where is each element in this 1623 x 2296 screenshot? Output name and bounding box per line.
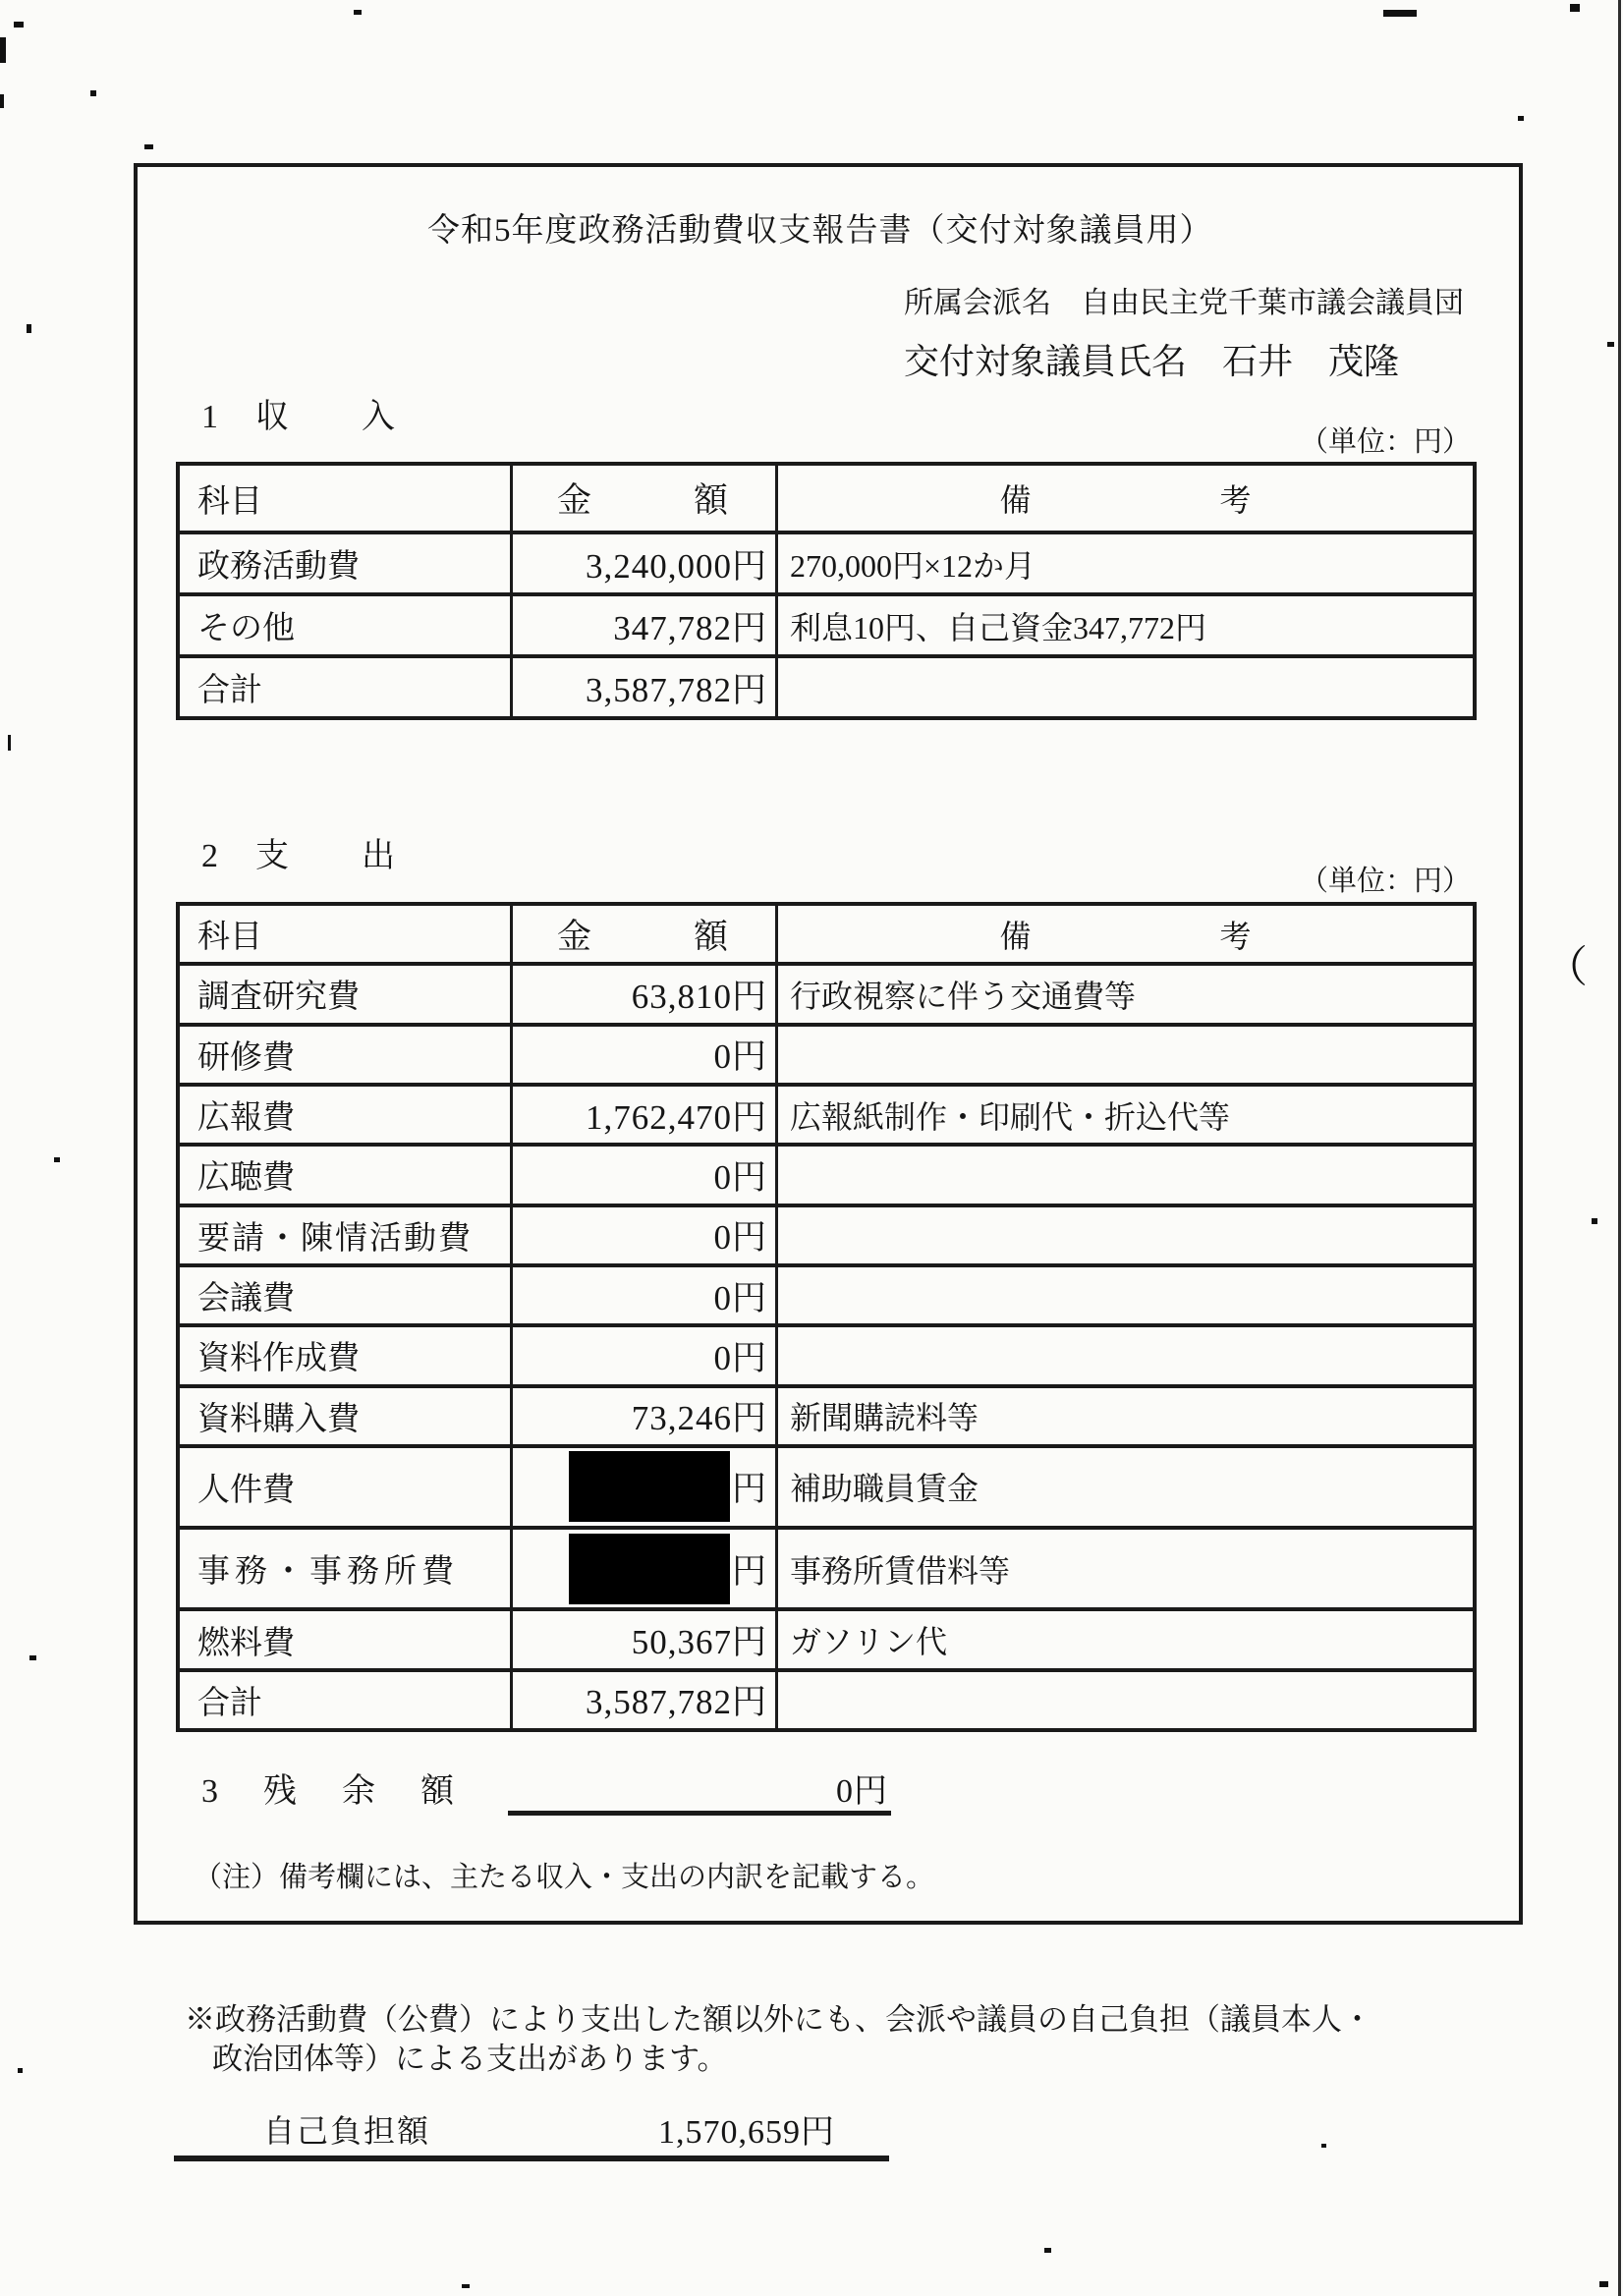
self-burden-label: 自己負担額	[263, 2106, 430, 2152]
expense-row: 広報費 1,762,470円 広報紙制作・印刷代・折込代等	[180, 1083, 1473, 1143]
amount-cell-redacted: 円	[513, 1448, 778, 1526]
income-table: 科目 金額 備 考 政務活動費 3,240,000円 270,000円×12か月…	[176, 462, 1477, 720]
remarks-cell: 補助職員賃金	[778, 1448, 1473, 1526]
amount-cell: 1,762,470円	[513, 1087, 778, 1143]
amount-cell: 3,240,000円	[513, 534, 778, 592]
remarks-cell: 事務所賃借料等	[778, 1530, 1473, 1607]
item-cell: 広聴費	[180, 1147, 513, 1203]
item-cell: 会議費	[180, 1267, 513, 1323]
noise-speck	[14, 22, 24, 28]
item-cell: 資料購入費	[180, 1388, 513, 1444]
item-cell: 要請・陳情活動費	[180, 1207, 513, 1263]
income-row: 政務活動費 3,240,000円 270,000円×12か月	[180, 531, 1473, 592]
noise-speck	[8, 735, 11, 751]
remarks-cell: ガソリン代	[778, 1611, 1473, 1667]
expense-row: 燃料費 50,367円 ガソリン代	[180, 1607, 1473, 1667]
item-cell: 広報費	[180, 1087, 513, 1143]
item-cell: 研修費	[180, 1027, 513, 1083]
amount-cell: 347,782円	[513, 596, 778, 654]
column-header-item: 科目	[180, 906, 513, 962]
remarks-cell: 行政視察に伴う交通費等	[778, 966, 1473, 1022]
income-unit-label: （単位：円）	[1300, 420, 1471, 460]
expense-row: 資料作成費 0円	[180, 1323, 1473, 1383]
amount-cell: 0円	[513, 1327, 778, 1383]
remarks-cell	[778, 1327, 1473, 1383]
income-total-row: 合計 3,587,782円	[180, 654, 1473, 716]
noise-speck	[54, 1157, 60, 1162]
expense-row: 研修費 0円	[180, 1023, 1473, 1083]
item-cell: 事務・事務所費	[180, 1530, 513, 1607]
self-burden-underline	[174, 2156, 889, 2161]
column-header-amount: 金額	[513, 466, 778, 531]
remarks-cell: 新聞購読料等	[778, 1388, 1473, 1444]
amount-cell: 0円	[513, 1267, 778, 1323]
report-title: 令和5年度政務活動費収支報告書（交付対象議員用）	[427, 204, 1213, 251]
balance-underline	[508, 1811, 891, 1816]
expense-row: 会議費 0円	[180, 1263, 1473, 1323]
balance-section-heading: 3 残 余 額	[201, 1764, 460, 1812]
amount-cell: 50,367円	[513, 1611, 778, 1667]
noise-speck	[27, 324, 31, 333]
remarks-cell: 利息10円、自己資金347,772円	[778, 596, 1473, 654]
income-header-row: 科目 金額 備 考	[180, 466, 1473, 531]
noise-speck	[1570, 4, 1580, 12]
expense-total-row: 合計 3,587,782円	[180, 1668, 1473, 1728]
noise-speck	[1592, 1218, 1597, 1224]
expense-row: 資料購入費 73,246円 新聞購読料等	[180, 1384, 1473, 1444]
remarks-cell: 広報紙制作・印刷代・折込代等	[778, 1087, 1473, 1143]
noise-speck	[1383, 10, 1417, 17]
noise-speck	[18, 2068, 23, 2073]
column-header-amount: 金額	[513, 906, 778, 962]
item-cell: その他	[180, 596, 513, 654]
remarks-note: （注）備考欄には、主たる収入・支出の内訳を記載する。	[194, 1855, 934, 1895]
yen-suffix: 円	[732, 1462, 767, 1511]
expense-row: 調査研究費 63,810円 行政視察に伴う交通費等	[180, 962, 1473, 1022]
noise-speck	[90, 90, 96, 96]
item-cell: 資料作成費	[180, 1327, 513, 1383]
income-row: その他 347,782円 利息10円、自己資金347,772円	[180, 592, 1473, 654]
yen-suffix: 円	[732, 1544, 767, 1594]
noise-speck	[1607, 342, 1614, 347]
noise-speck	[462, 2284, 470, 2288]
noise-speck	[144, 144, 153, 149]
item-cell: 政務活動費	[180, 534, 513, 592]
member-name-line: 交付対象議員氏名 石井 茂隆	[904, 334, 1399, 384]
remarks-cell	[778, 1267, 1473, 1323]
amount-cell: 3,587,782円	[513, 1672, 778, 1728]
amount-cell: 63,810円	[513, 966, 778, 1022]
redaction-box	[569, 1451, 730, 1522]
income-section-heading: 1 収 入	[201, 389, 397, 437]
noise-speck	[1599, 2281, 1608, 2287]
expense-table: 科目 金額 備 考 調査研究費 63,810円 行政視察に伴う交通費等 研修費 …	[176, 902, 1477, 1732]
amount-cell: 0円	[513, 1147, 778, 1203]
item-cell: 合計	[180, 1672, 513, 1728]
faction-name-line: 所属会派名 自由民主党千葉市議会議員団	[904, 278, 1464, 321]
redaction-box	[569, 1534, 730, 1604]
scan-artifact-paren: （	[1544, 931, 1588, 994]
remarks-cell: 270,000円×12か月	[778, 534, 1473, 592]
column-header-remarks: 備 考	[778, 466, 1473, 531]
remarks-cell	[778, 1207, 1473, 1263]
noise-speck	[0, 37, 6, 63]
expense-row: 広聴費 0円	[180, 1143, 1473, 1203]
expense-section-heading: 2 支 出	[201, 828, 397, 876]
item-cell: 人件費	[180, 1448, 513, 1526]
scan-edge-line	[1618, 0, 1621, 2296]
self-burden-amount: 1,570,659円	[550, 2104, 835, 2153]
remarks-cell	[778, 1027, 1473, 1083]
footnote-line-2: 政治団体等）による支出があります。	[212, 2034, 728, 2078]
amount-cell-redacted: 円	[513, 1530, 778, 1607]
remarks-cell	[778, 1672, 1473, 1728]
noise-speck	[354, 10, 362, 15]
amount-cell: 0円	[513, 1207, 778, 1263]
item-cell: 合計	[180, 658, 513, 716]
remarks-cell	[778, 1147, 1473, 1203]
expense-row: 要請・陳情活動費 0円	[180, 1204, 1473, 1263]
remarks-cell	[778, 658, 1473, 716]
column-header-item: 科目	[180, 466, 513, 531]
amount-cell: 73,246円	[513, 1388, 778, 1444]
noise-speck	[1518, 116, 1524, 121]
scanned-document-page: { "document": { "title": "令和5年度政務活動費収支報告…	[0, 0, 1623, 2296]
expense-row-redacted: 人件費 円 補助職員賃金	[180, 1444, 1473, 1526]
amount-cell: 0円	[513, 1027, 778, 1083]
column-header-remarks: 備 考	[778, 906, 1473, 962]
expense-unit-label: （単位：円）	[1300, 859, 1471, 899]
noise-speck	[29, 1655, 36, 1660]
item-cell: 燃料費	[180, 1611, 513, 1667]
balance-amount: 0円	[766, 1764, 888, 1812]
footnote-line-1: ※政務活動費（公費）により支出した額以外にも、会派や議員の自己負担（議員本人・	[185, 1994, 1372, 2039]
expense-header-row: 科目 金額 備 考	[180, 906, 1473, 962]
item-cell: 調査研究費	[180, 966, 513, 1022]
noise-speck	[1044, 2248, 1051, 2253]
expense-row-redacted: 事務・事務所費 円 事務所賃借料等	[180, 1526, 1473, 1607]
noise-speck	[0, 94, 4, 108]
amount-cell: 3,587,782円	[513, 658, 778, 716]
noise-speck	[1321, 2144, 1326, 2148]
